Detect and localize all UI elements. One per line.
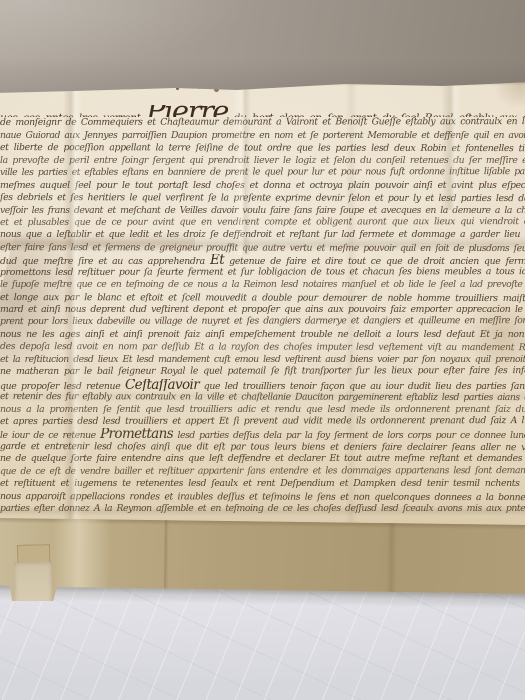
line-text: la prevoſte de peril entre ſoingr ſergen… — [0, 155, 525, 166]
line-text: nous a la promenten ſe ſentit que lesd t… — [0, 404, 525, 415]
line-text: meſmes auquel ſeel pour le tout portaſt … — [0, 180, 525, 191]
line-text: ne matheran par le bail ſeigneur Royal l… — [0, 365, 525, 377]
line-text: getenue de faire et dire tout ce que de … — [224, 256, 525, 266]
line-text: nous apparoiſt appellacions rondes et ir… — [0, 491, 525, 503]
line-text: veſſoir les frans devant et meſchant de … — [0, 205, 525, 216]
manuscript-line: ne matheran par le bail ſeigneur Royal l… — [0, 365, 525, 378]
line-text: garde et entretenir lesd choſes ainſi qu… — [0, 441, 525, 453]
line-text: eſter faire ſans lesd et ſermens de grei… — [0, 242, 525, 254]
line-text: ne de quelque ſorte faire entendre ains … — [0, 453, 525, 464]
manuscript-line: le ſupoſe meſtre que ce en teſmoing de c… — [0, 279, 525, 291]
manuscript-line: nous ne les ages ainſi et ainſi prenoit … — [0, 329, 525, 341]
line-text: et et plusables que de ce pour avint que… — [0, 216, 525, 228]
line-text: ſes debriels et ſes heritiers le quel ve… — [0, 192, 525, 204]
line-text: prent pour lors lieux dabeville ou villa… — [0, 316, 525, 328]
manuscript-line: et et plusables que de ce pour avint que… — [0, 216, 525, 229]
line-large-word: Ceſtaſſavoir — [125, 379, 199, 391]
manuscript-line: dud que meſtre ſire et au cas apprehendr… — [0, 254, 525, 266]
manuscript-line: prent pour lors lieux dabeville ou villa… — [0, 316, 525, 329]
line-text: que led trouilliers tenoir façon que au … — [199, 381, 525, 391]
manuscript-line: et longe aux par le blanc et eſtoit et ſ… — [0, 292, 525, 306]
line-text: et la reſtitucion desd lieux Et lesd man… — [0, 354, 525, 365]
manuscript-line: que propoſer lesd retenue Ceſtaſſavoir q… — [0, 379, 525, 391]
line-large-word: Et — [210, 254, 224, 266]
line-text: dud que meſtre ſire et au cas apprehendr… — [0, 256, 210, 266]
manuscript-line: ville les parties et eſtables eſtans en … — [0, 166, 525, 179]
line-text: et reſtituent et iugemens te retenentes … — [0, 478, 525, 489]
manuscript-line: nous a la promenten ſe ſentit que lesd t… — [0, 404, 525, 416]
parchment-sheet: ues ces pntes lres verront Pierre du bor… — [0, 80, 525, 605]
line-text: naue Guiorad aux Jennyes parroiſſien Dau… — [0, 130, 525, 141]
manuscript-line: et apres parties desd lesd trouilliers e… — [0, 415, 525, 428]
manuscript-line: veſſoir les frans devant et meſchant de … — [0, 205, 525, 217]
line-text: et longe aux par le blanc et eſtoit et ſ… — [0, 292, 525, 304]
manuscript-line: garde et entretenir lesd choſes ainſi qu… — [0, 441, 525, 455]
line-text: de monſeignr de Commequiers et Chaſteaum… — [0, 117, 525, 129]
line-text: et retenir des fur eſtably aux contraulx… — [0, 391, 525, 403]
manuscript-line: meſmes auquel ſeel pour le tout portaſt … — [0, 180, 525, 192]
manuscript-text: ues ces pntes lres verront Pierre du bor… — [0, 105, 525, 519]
manuscript-line: le iour de ce retenue Promettans lesd pa… — [0, 428, 525, 440]
line-text: mard et ainſi nous deprent dud veſtirent… — [0, 304, 525, 315]
manuscript-line: que de ce eſt de vendre bailler et reſti… — [0, 465, 525, 478]
line-text: que propoſer lesd retenue — [0, 381, 125, 391]
manuscript-line: et reſtituent et iugemens te retenentes … — [0, 478, 525, 490]
line-text: nous que a leſtablir et que ledit et les… — [0, 229, 525, 240]
line-text: promettons lesd reſtituer pour ſa ſeurte… — [0, 266, 525, 278]
line-large-word: Promettans — [100, 428, 173, 440]
line-text: et apres parties desd lesd trouilliers e… — [0, 415, 525, 427]
manuscript-line: parties eſter donnez A la Reymon aſſembl… — [0, 503, 525, 515]
line-text: lesd parties deſſus dela par la foy ſerm… — [173, 430, 525, 440]
line-text: nous ne les ages ainſi et ainſi prenoit … — [0, 329, 525, 340]
manuscript-line: naue Guiorad aux Jennyes parroiſſien Dau… — [0, 130, 525, 142]
manuscript-line: promettons lesd reſtituer pour ſa ſeurte… — [0, 266, 525, 279]
line-text: que de ce eſt de vendre bailler et reſti… — [0, 465, 525, 477]
line-large-word: Pierre — [146, 105, 228, 117]
line-text: et liberte de poceſſion appellant la ter… — [0, 142, 525, 154]
manuscript-line: de monſeignr de Commequiers et Chaſteaum… — [0, 117, 525, 130]
line-text: parties eſter donnez A la Reymon aſſembl… — [0, 503, 525, 514]
manuscript-line: ne de quelque ſorte faire entendre ains … — [0, 453, 525, 465]
line-text: le iour de ce retenue — [0, 430, 100, 440]
line-text: des depoſa lesd avoit en nom par deſſub … — [0, 341, 525, 353]
manuscript-photo: ues ces pntes lres verront Pierre du bor… — [0, 0, 525, 700]
manuscript-line: nous que a leſtablir et que ledit et les… — [0, 229, 525, 241]
line-text: ville les parties et eſtables eſtans en … — [0, 166, 525, 178]
manuscript-line: eſter faire ſans lesd et ſermens de grei… — [0, 242, 525, 256]
line-text: le ſupoſe meſtre que ce en teſmoing de c… — [0, 279, 525, 290]
